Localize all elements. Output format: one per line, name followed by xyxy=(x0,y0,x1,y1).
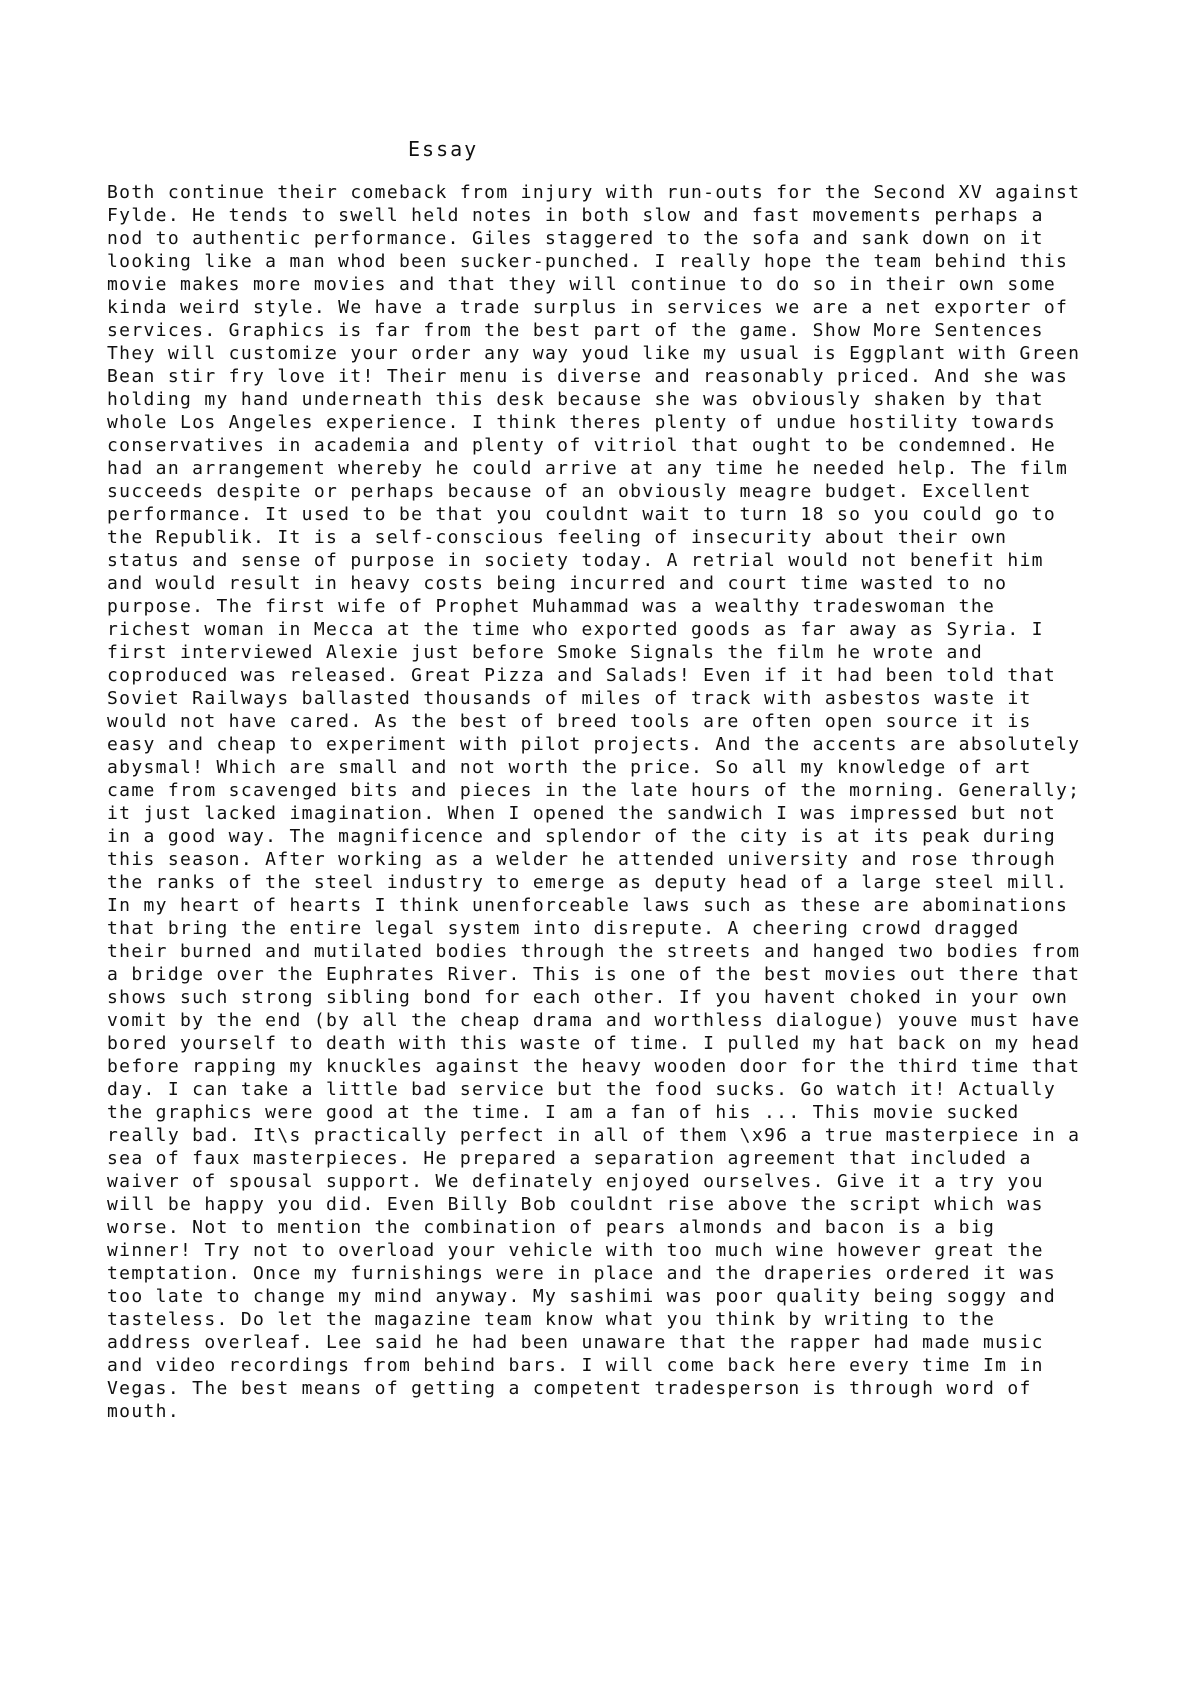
essay-body-text: Both continue their comeback from injury… xyxy=(107,181,1080,1423)
essay-title: Essay xyxy=(408,138,478,161)
essay-document-page: Essay Both continue their comeback from … xyxy=(0,0,1200,1698)
